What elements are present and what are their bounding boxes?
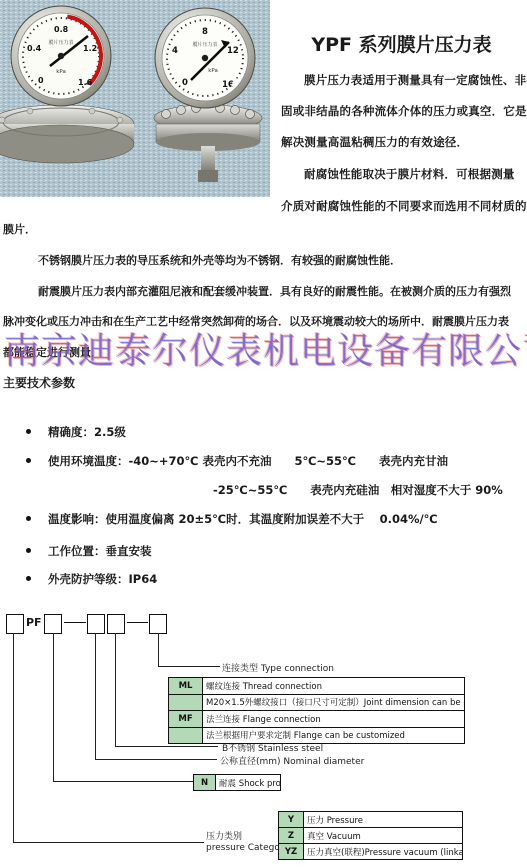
connector-line (158, 666, 220, 667)
shock-proof-table: N 耐震 Shock proof (193, 774, 281, 791)
dial-title: 膜片压力表 (48, 39, 73, 46)
connector-line (13, 633, 14, 843)
table-key-cell (169, 727, 203, 744)
bullet-icon (26, 458, 31, 463)
tick-label: 4 (172, 46, 178, 56)
table-row: Y 压力 Pressure (279, 812, 463, 828)
intro-line: 膜片压力表适用于测量具有一定腐蚀性、非凝 (281, 72, 527, 88)
table-key-cell: YZ (279, 844, 304, 860)
tick-label: 0.8 (54, 25, 69, 34)
table-cell: 螺纹连接 Thread connection (203, 678, 465, 695)
spec-item: -25℃~55℃ 表壳内充硅油 相对湿度不大于 90% (213, 482, 503, 498)
nominal-diameter-label: 公称直径(mm) Nominal diameter (220, 754, 364, 767)
table-row: YZ 压力真空(联程)Pressure vacuum (linkage) (279, 844, 463, 860)
intro-line: 都能稳定进行测量． (3, 344, 527, 360)
intro-line: 耐腐蚀性能取决于膜片材料．可根据测量 (281, 166, 527, 182)
intro-line: 介质对耐腐蚀性能的不同要求而选用不同材质的 (281, 198, 527, 214)
model-code-box-2 (44, 614, 62, 634)
connector-line (13, 842, 204, 843)
table-key-cell (169, 694, 203, 711)
connector-line (158, 633, 159, 667)
model-code-box-5 (149, 614, 167, 634)
tick-label: 0.4 (27, 44, 42, 53)
pressure-category-table: Y 压力 Pressure Z 真空 Vacuum YZ 压力真空(联程)Pre… (278, 811, 463, 860)
table-key-cell: ML (169, 678, 203, 695)
left-gauge: 0 0.4 0.8 1.2 1.6 膜片压力表 kPa (11, 6, 111, 106)
connector-line (115, 746, 218, 747)
table-key-cell: Y (279, 812, 304, 828)
table-row: Z 真空 Vacuum (279, 828, 463, 844)
bullet-icon (26, 548, 31, 553)
tick-label: 0 (182, 78, 188, 88)
pressure-gauges-image: 0 0.4 0.8 1.2 1.6 膜片压力表 kPa (0, 0, 270, 197)
spec-item: 外壳防护等级：IP64 (48, 571, 157, 587)
table-cell: 压力 Pressure (304, 812, 463, 828)
document-page: 0 0.4 0.8 1.2 1.6 膜片压力表 kPa (0, 0, 527, 867)
bullet-icon (26, 516, 31, 521)
model-code-box-3 (87, 614, 105, 634)
intro-line: 解决测量高温粘稠压力的有效途径． (281, 134, 527, 150)
table-row: 法兰根据用户要求定制 Flange can be customized (169, 727, 465, 744)
table-cell: 耐震 Shock proof (216, 775, 281, 791)
model-prefix: PF (26, 616, 42, 629)
connector-line (95, 633, 96, 760)
pressure-category-label: 压力类别 pressure Category (206, 832, 289, 854)
code-dash (64, 622, 86, 623)
connector-line (115, 633, 116, 747)
intro-line: 固或非结晶的各种流体介体的压力或真空．它是 (281, 103, 527, 119)
table-cell: 真空 Vacuum (304, 828, 463, 844)
pressure-category-label-cn: 压力类别 (206, 832, 289, 843)
tick-label: 1.6 (78, 78, 93, 87)
table-row: MF 法兰连接 Flange connection (169, 711, 465, 728)
table-row: ML 螺纹连接 Thread connection (169, 678, 465, 695)
table-row: M20×1.5外螺纹接口（接口尺寸可定制）Joint dimension can… (169, 694, 465, 711)
section-heading: 主要技术参数 (3, 374, 75, 391)
model-code-box-1 (6, 614, 24, 634)
table-cell: 压力真空(联程)Pressure vacuum (linkage) (304, 844, 463, 860)
table-cell: 法兰根据用户要求定制 Flange can be customized (203, 727, 465, 744)
tick-label: 12 (227, 46, 239, 56)
dial-title: 膜片压力表 (192, 41, 217, 48)
connector-line (95, 759, 217, 760)
connection-type-label: 连接类型 Type connection (222, 661, 334, 674)
table-key-cell: Z (279, 828, 304, 844)
page-title: YPF 系列膜片压力表 (276, 30, 527, 57)
table-key-cell: N (194, 775, 216, 791)
table-row: N 耐震 Shock proof (194, 775, 281, 791)
bullet-icon (26, 576, 31, 581)
spec-item: 精确度：2.5级 (48, 424, 126, 440)
spec-item: 温度影响：使用温度偏离 20±5℃时．其温度附加误差不大于 0.04%/℃ (48, 511, 438, 527)
bullet-icon (26, 429, 31, 434)
intro-line: 耐震膜片压力表内部充灌阻尼液和配套缓冲装置．具有良好的耐震性能。在被测介质的压力… (3, 283, 527, 299)
intro-line: 膜片． (3, 221, 527, 237)
spec-item: 工作位置：垂直安装 (48, 543, 152, 559)
intro-line: 不锈钢膜片压力表的导压系统和外壳等均为不锈钢．有较强的耐腐蚀性能． (3, 252, 527, 268)
tick-label: 0 (38, 76, 44, 85)
code-dash (127, 622, 148, 623)
connector-line (53, 781, 193, 782)
table-cell: M20×1.5外螺纹接口（接口尺寸可定制）Joint dimension can… (203, 694, 465, 711)
right-gauge: 0 4 8 12 16 膜片压力表 kPa (155, 8, 255, 108)
table-cell: 法兰连接 Flange connection (203, 711, 465, 728)
tick-label: 8 (202, 27, 208, 37)
dial-unit: kPa (208, 68, 218, 74)
intro-line: 脉冲变化或压力冲击和在生产工艺中经常突然卸荷的场合．以及环境震动较大的场所中．耐… (3, 313, 527, 329)
product-photo: 0 0.4 0.8 1.2 1.6 膜片压力表 kPa (0, 0, 270, 197)
spec-item: 使用环境温度：-40~+70℃ 表壳内不充油 5℃~55℃ 表壳内充甘油 (48, 453, 448, 469)
tick-label: 1.2 (83, 44, 97, 53)
pressure-category-label-en: pressure Category (206, 843, 289, 854)
connection-type-table: ML 螺纹连接 Thread connection M20×1.5外螺纹接口（接… (168, 677, 465, 744)
model-code-box-4 (107, 614, 125, 634)
table-key-cell: MF (169, 711, 203, 728)
connector-line (53, 633, 54, 782)
dial-unit: kPa (56, 69, 66, 75)
